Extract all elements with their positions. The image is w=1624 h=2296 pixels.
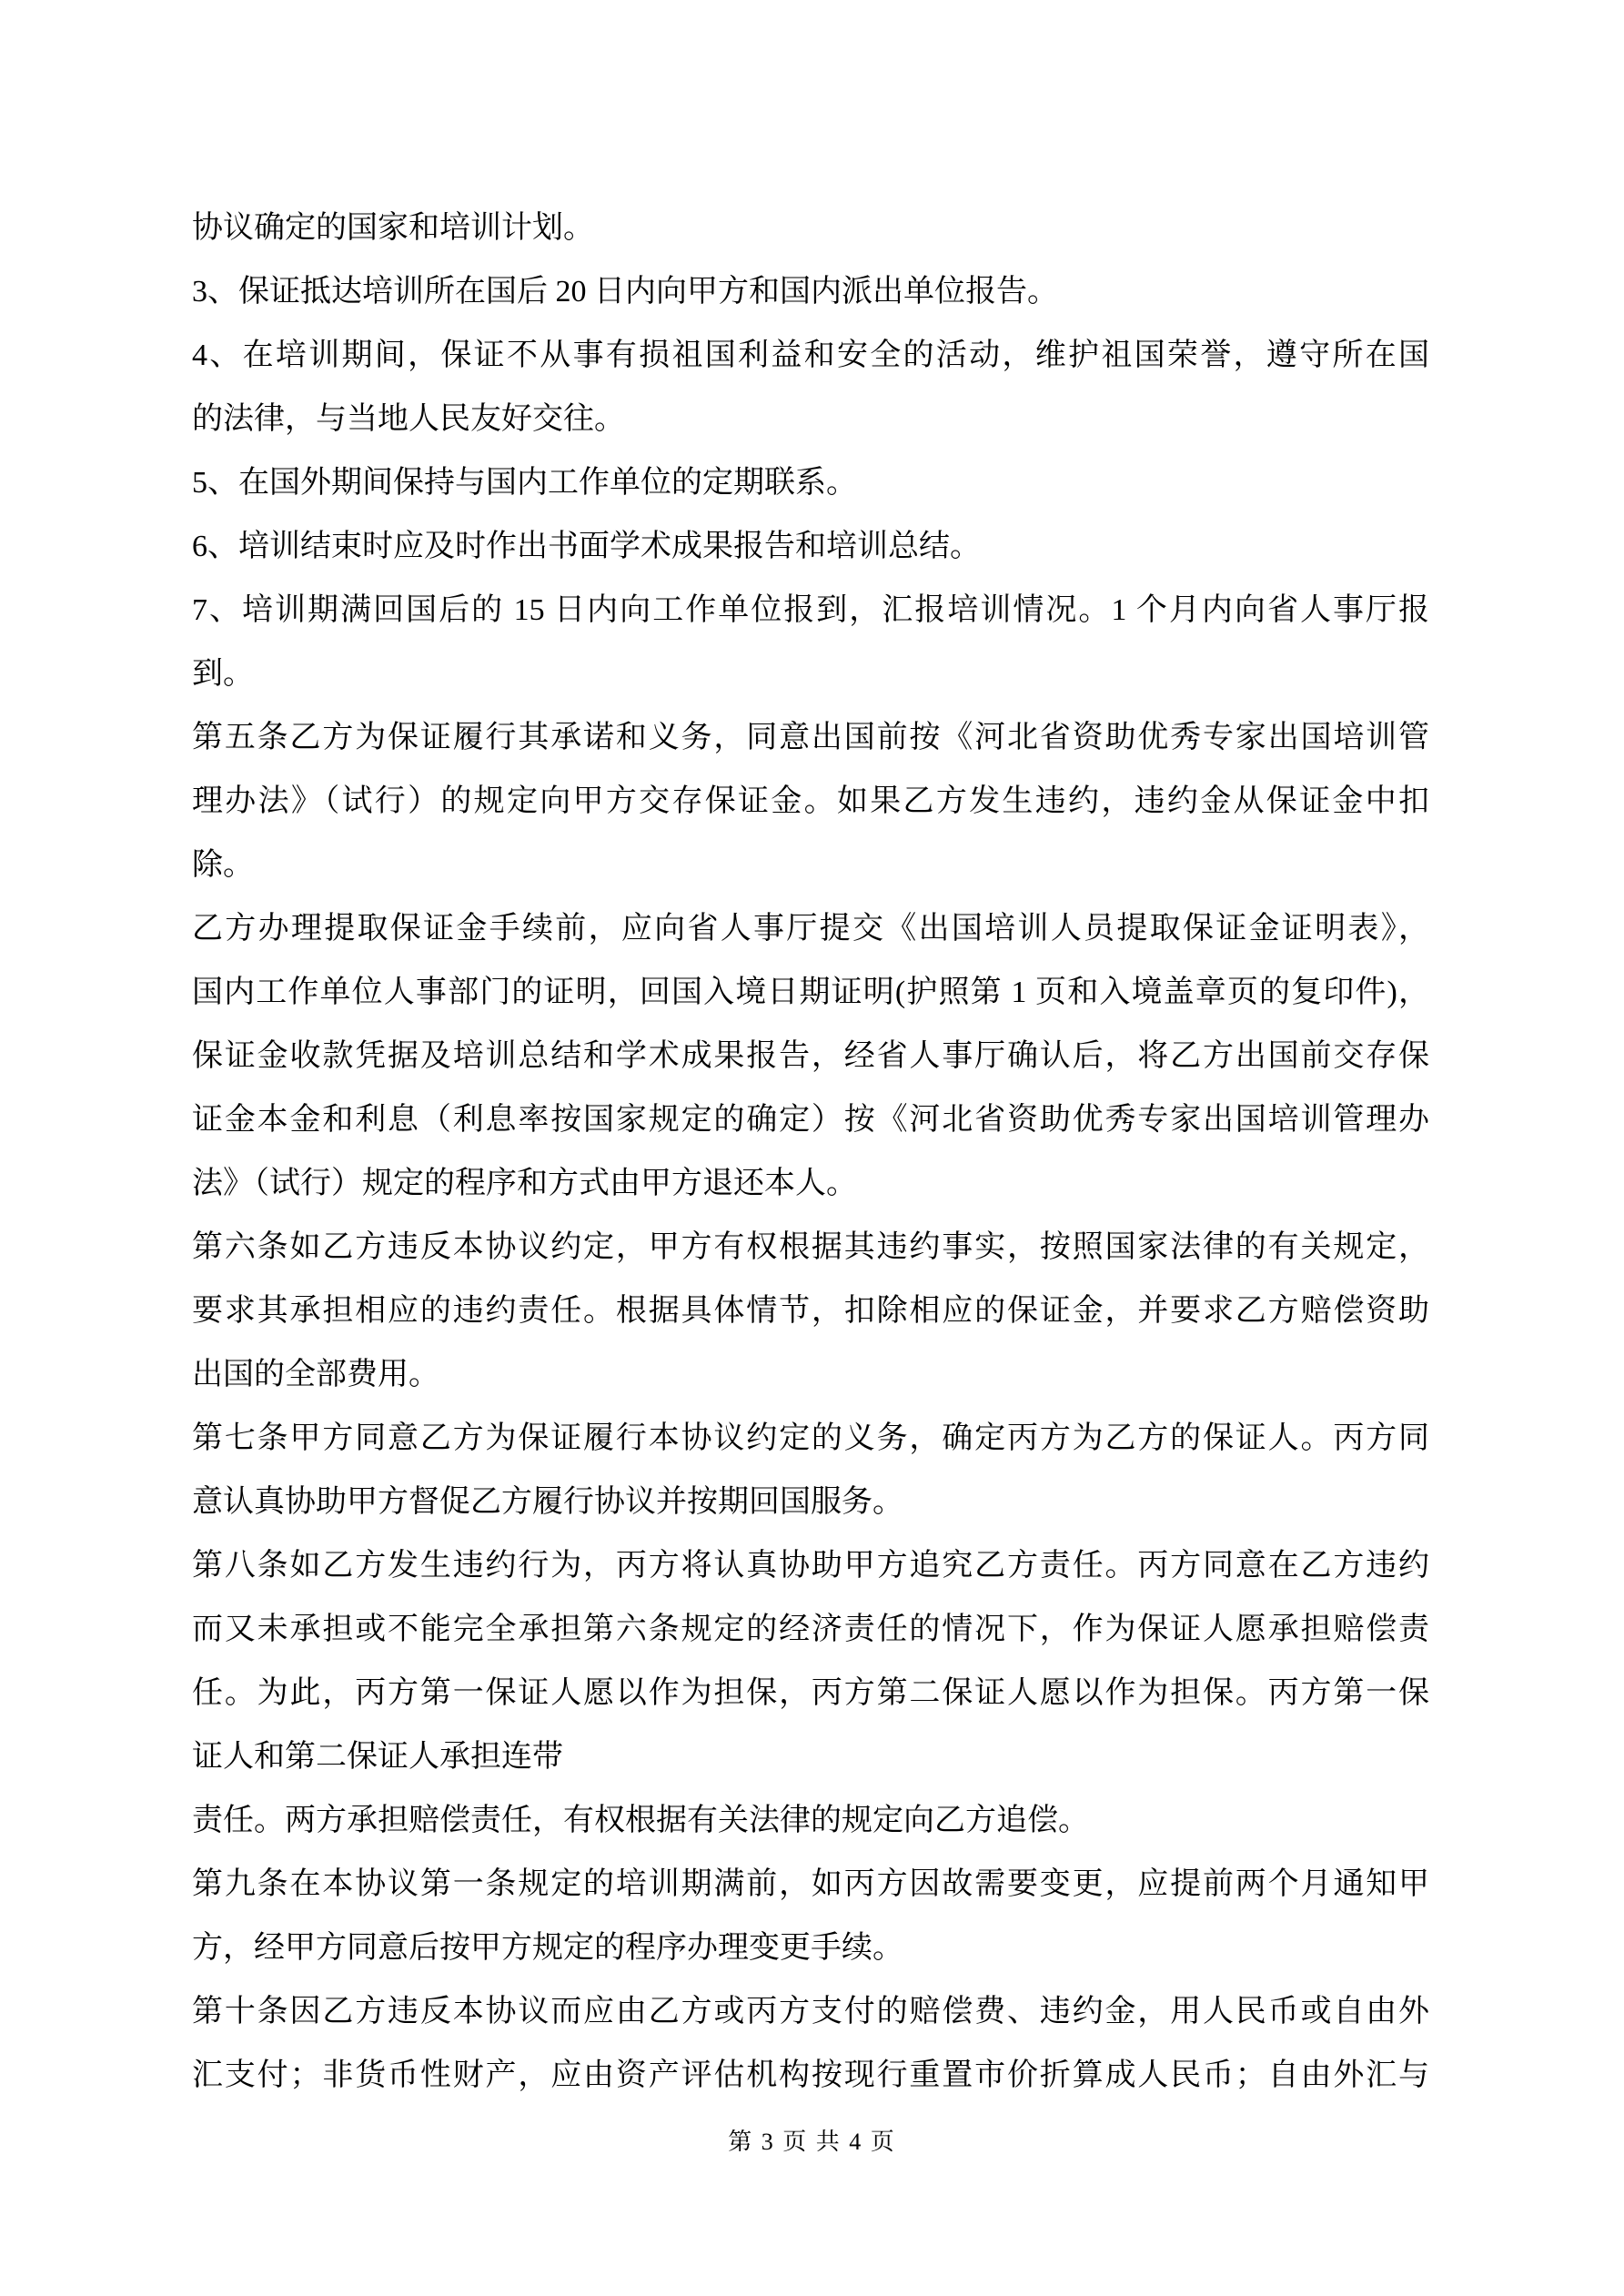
text-line: 第八条如乙方发生违约行为，丙方将认真协助甲方追究乙方责任。丙方同意在乙方违约 — [192, 1534, 1429, 1598]
text-line: 证金本金和利息（利息率按国家规定的确定）按《河北省资助优秀专家出国培训管理办 — [192, 1088, 1429, 1152]
text-line: 方，经甲方同意后按甲方规定的程序办理变更手续。 — [192, 1917, 1429, 1980]
document-body: 协议确定的国家和培训计划。3、保证抵达培训所在国后 20 日内向甲方和国内派出单… — [192, 197, 1429, 2108]
text-line: 国内工作单位人事部门的证明，回国入境日期证明(护照第 1 页和入境盖章页的复印件… — [192, 961, 1429, 1025]
text-line: 第六条如乙方违反本协议约定，甲方有权根据其违约事实，按照国家法律的有关规定， — [192, 1216, 1429, 1279]
text-line: 协议确定的国家和培训计划。 — [192, 197, 1429, 260]
text-line: 法》（试行）规定的程序和方式由甲方退还本人。 — [192, 1152, 1429, 1216]
text-line: 第十条因乙方违反本协议而应由乙方或丙方支付的赔偿费、违约金，用人民币或自由外 — [192, 1980, 1429, 2044]
text-line: 7、培训期满回国后的 15 日内向工作单位报到，汇报培训情况。1 个月内向省人事… — [192, 579, 1429, 642]
text-line: 5、在国外期间保持与国内工作单位的定期联系。 — [192, 451, 1429, 515]
text-line: 出国的全部费用。 — [192, 1343, 1429, 1407]
text-line: 乙方办理提取保证金手续前，应向省人事厅提交《出国培训人员提取保证金证明表》， — [192, 897, 1429, 961]
page-number: 第 3 页 共 4 页 — [0, 2124, 1624, 2160]
text-line: 第九条在本协议第一条规定的培训期满前，如丙方因故需要变更，应提前两个月通知甲 — [192, 1853, 1429, 1917]
text-line: 而又未承担或不能完全承担第六条规定的经济责任的情况下，作为保证人愿承担赔偿责 — [192, 1598, 1429, 1662]
text-line: 3、保证抵达培训所在国后 20 日内向甲方和国内派出单位报告。 — [192, 260, 1429, 324]
text-line: 的法律，与当地人民友好交往。 — [192, 388, 1429, 451]
text-line: 保证金收款凭据及培训总结和学术成果报告，经省人事厅确认后，将乙方出国前交存保 — [192, 1025, 1429, 1088]
text-line: 第七条甲方同意乙方为保证履行本协议约定的义务，确定丙方为乙方的保证人。丙方同 — [192, 1407, 1429, 1471]
text-line: 汇支付；非货币性财产，应由资产评估机构按现行重置市价折算成人民币；自由外汇与 — [192, 2044, 1429, 2108]
text-line: 理办法》（试行）的规定向甲方交存保证金。如果乙方发生违约，违约金从保证金中扣 — [192, 770, 1429, 834]
text-line: 除。 — [192, 834, 1429, 897]
text-line: 任。为此，丙方第一保证人愿以作为担保，丙方第二保证人愿以作为担保。丙方第一保 — [192, 1662, 1429, 1725]
text-line: 4、在培训期间，保证不从事有损祖国利益和安全的活动，维护祖国荣誉，遵守所在国 — [192, 324, 1429, 388]
text-line: 要求其承担相应的违约责任。根据具体情节，扣除相应的保证金，并要求乙方赔偿资助 — [192, 1279, 1429, 1343]
text-line: 责任。两方承担赔偿责任，有权根据有关法律的规定向乙方追偿。 — [192, 1789, 1429, 1853]
text-line: 到。 — [192, 642, 1429, 706]
text-line: 6、培训结束时应及时作出书面学术成果报告和培训总结。 — [192, 515, 1429, 579]
text-line: 证人和第二保证人承担连带 — [192, 1725, 1429, 1789]
document-page: 协议确定的国家和培训计划。3、保证抵达培训所在国后 20 日内向甲方和国内派出单… — [0, 0, 1624, 2296]
text-line: 第五条乙方为保证履行其承诺和义务，同意出国前按《河北省资助优秀专家出国培训管 — [192, 706, 1429, 770]
text-line: 意认真协助甲方督促乙方履行协议并按期回国服务。 — [192, 1471, 1429, 1534]
